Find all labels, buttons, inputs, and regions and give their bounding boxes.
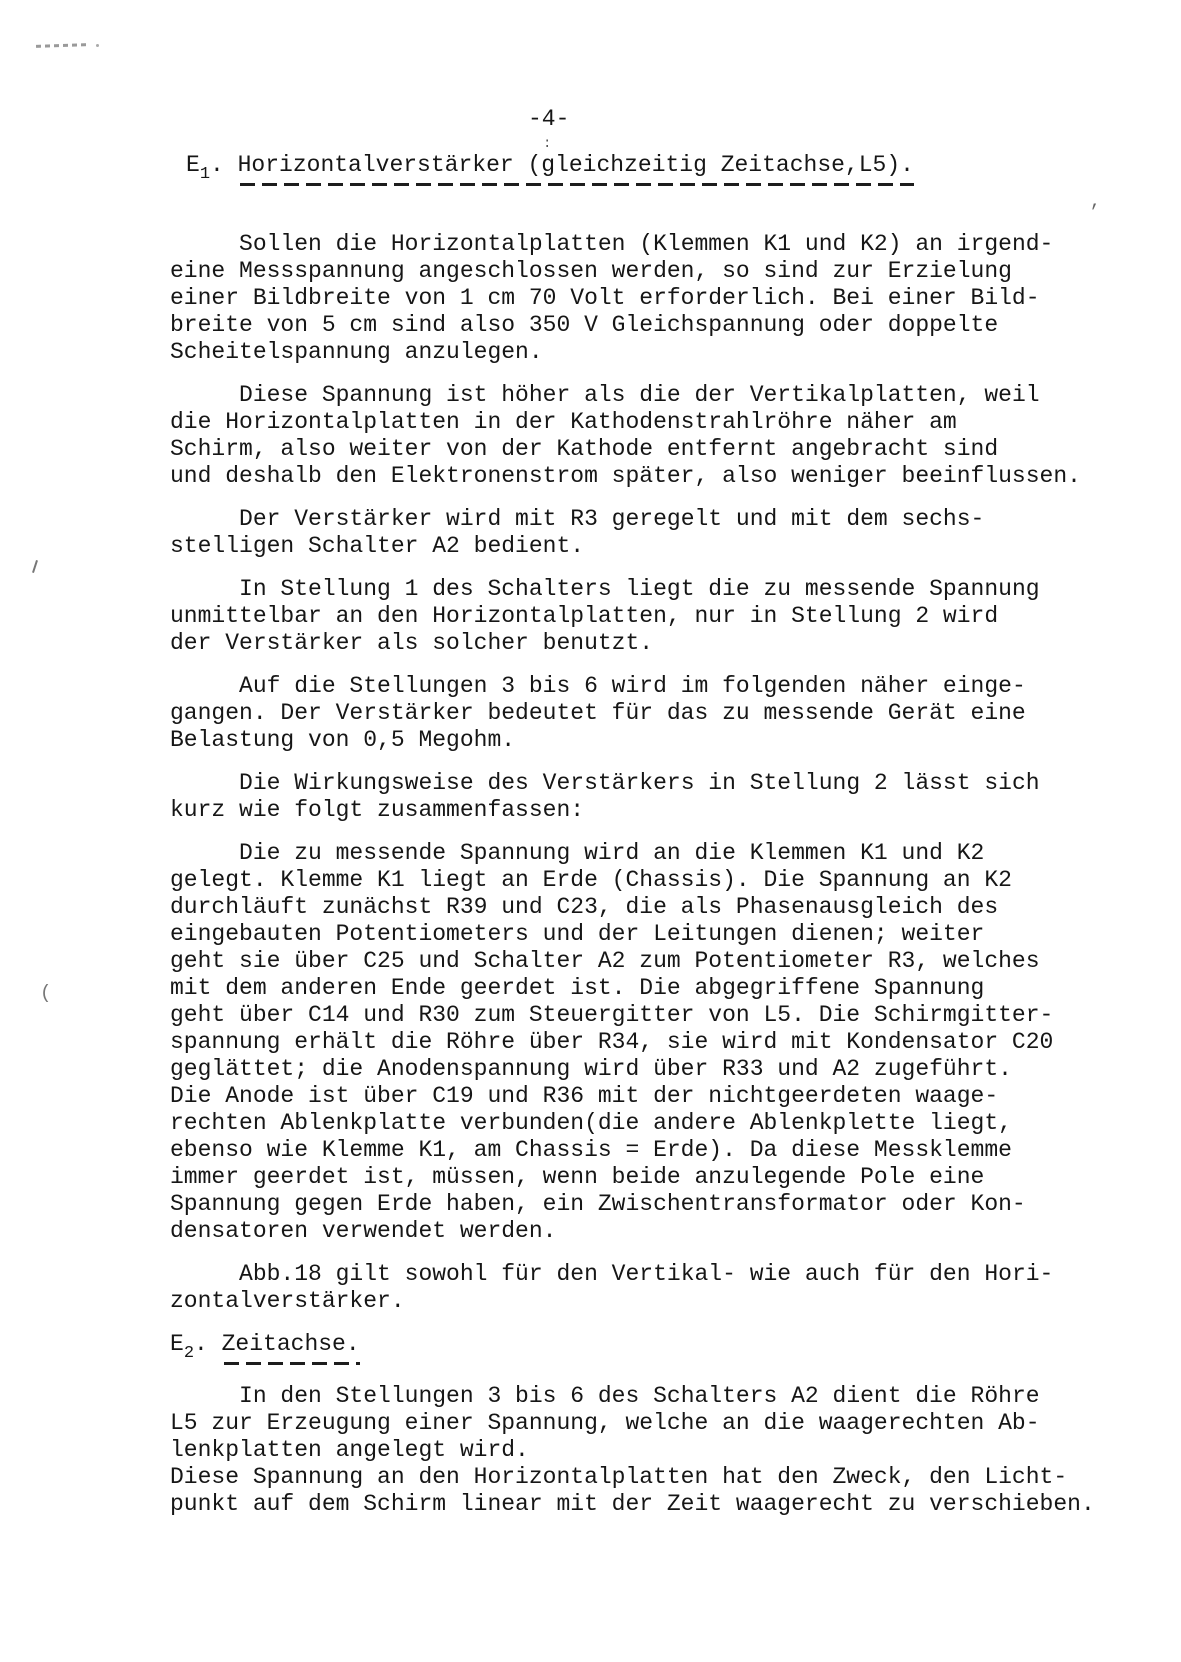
- scan-artifact-paren: (: [40, 982, 51, 1004]
- scan-artifact-smudge: [36, 43, 88, 48]
- paragraph: Abb.18 gilt sowohl für den Vertikal- wie…: [170, 1261, 1110, 1315]
- paragraph: Auf die Stellungen 3 bis 6 wird im folge…: [170, 673, 1110, 754]
- paragraph: Diese Spannung ist höher als die der Ver…: [170, 382, 1110, 490]
- paragraph: Die Wirkungsweise des Verstärkers in Ste…: [170, 770, 1110, 824]
- paragraph: Die zu messende Spannung wird an die Kle…: [170, 840, 1110, 1245]
- heading-title: Zeitachse.: [222, 1331, 360, 1365]
- paragraph: Der Verstärker wird mit R3 geregelt und …: [170, 506, 1110, 560]
- page-number: -4-: [528, 106, 569, 133]
- section-heading-e2: E2. Zeitachse.: [170, 1331, 1110, 1367]
- paragraph: In den Stellungen 3 bis 6 des Schalters …: [170, 1383, 1110, 1518]
- paragraph: In Stellung 1 des Schalters liegt die zu…: [170, 576, 1110, 657]
- scan-artifact-stroke: [32, 560, 38, 573]
- scan-artifact-dot: [96, 44, 99, 47]
- heading-prefix: E: [170, 1331, 184, 1357]
- document-body: E1. Horizontalverstärker (gleichzeitig Z…: [170, 152, 1110, 1534]
- paragraph: Sollen die Horizontalplatten (Klemmen K1…: [170, 231, 1110, 366]
- heading-subscript: 2: [184, 1344, 194, 1363]
- heading-separator: .: [210, 152, 238, 178]
- heading-prefix: E: [186, 152, 200, 178]
- heading-title: Horizontalverstärker (gleichzeitig Zeita…: [238, 152, 914, 186]
- heading-separator: .: [194, 1331, 222, 1357]
- scanned-document-page: : ( , -4- E1. Horizontalverstärker (glei…: [0, 0, 1181, 1662]
- heading-subscript: 1: [200, 165, 210, 184]
- scan-artifact-mark: :: [543, 136, 551, 152]
- section-heading-e1: E1. Horizontalverstärker (gleichzeitig Z…: [186, 152, 1110, 188]
